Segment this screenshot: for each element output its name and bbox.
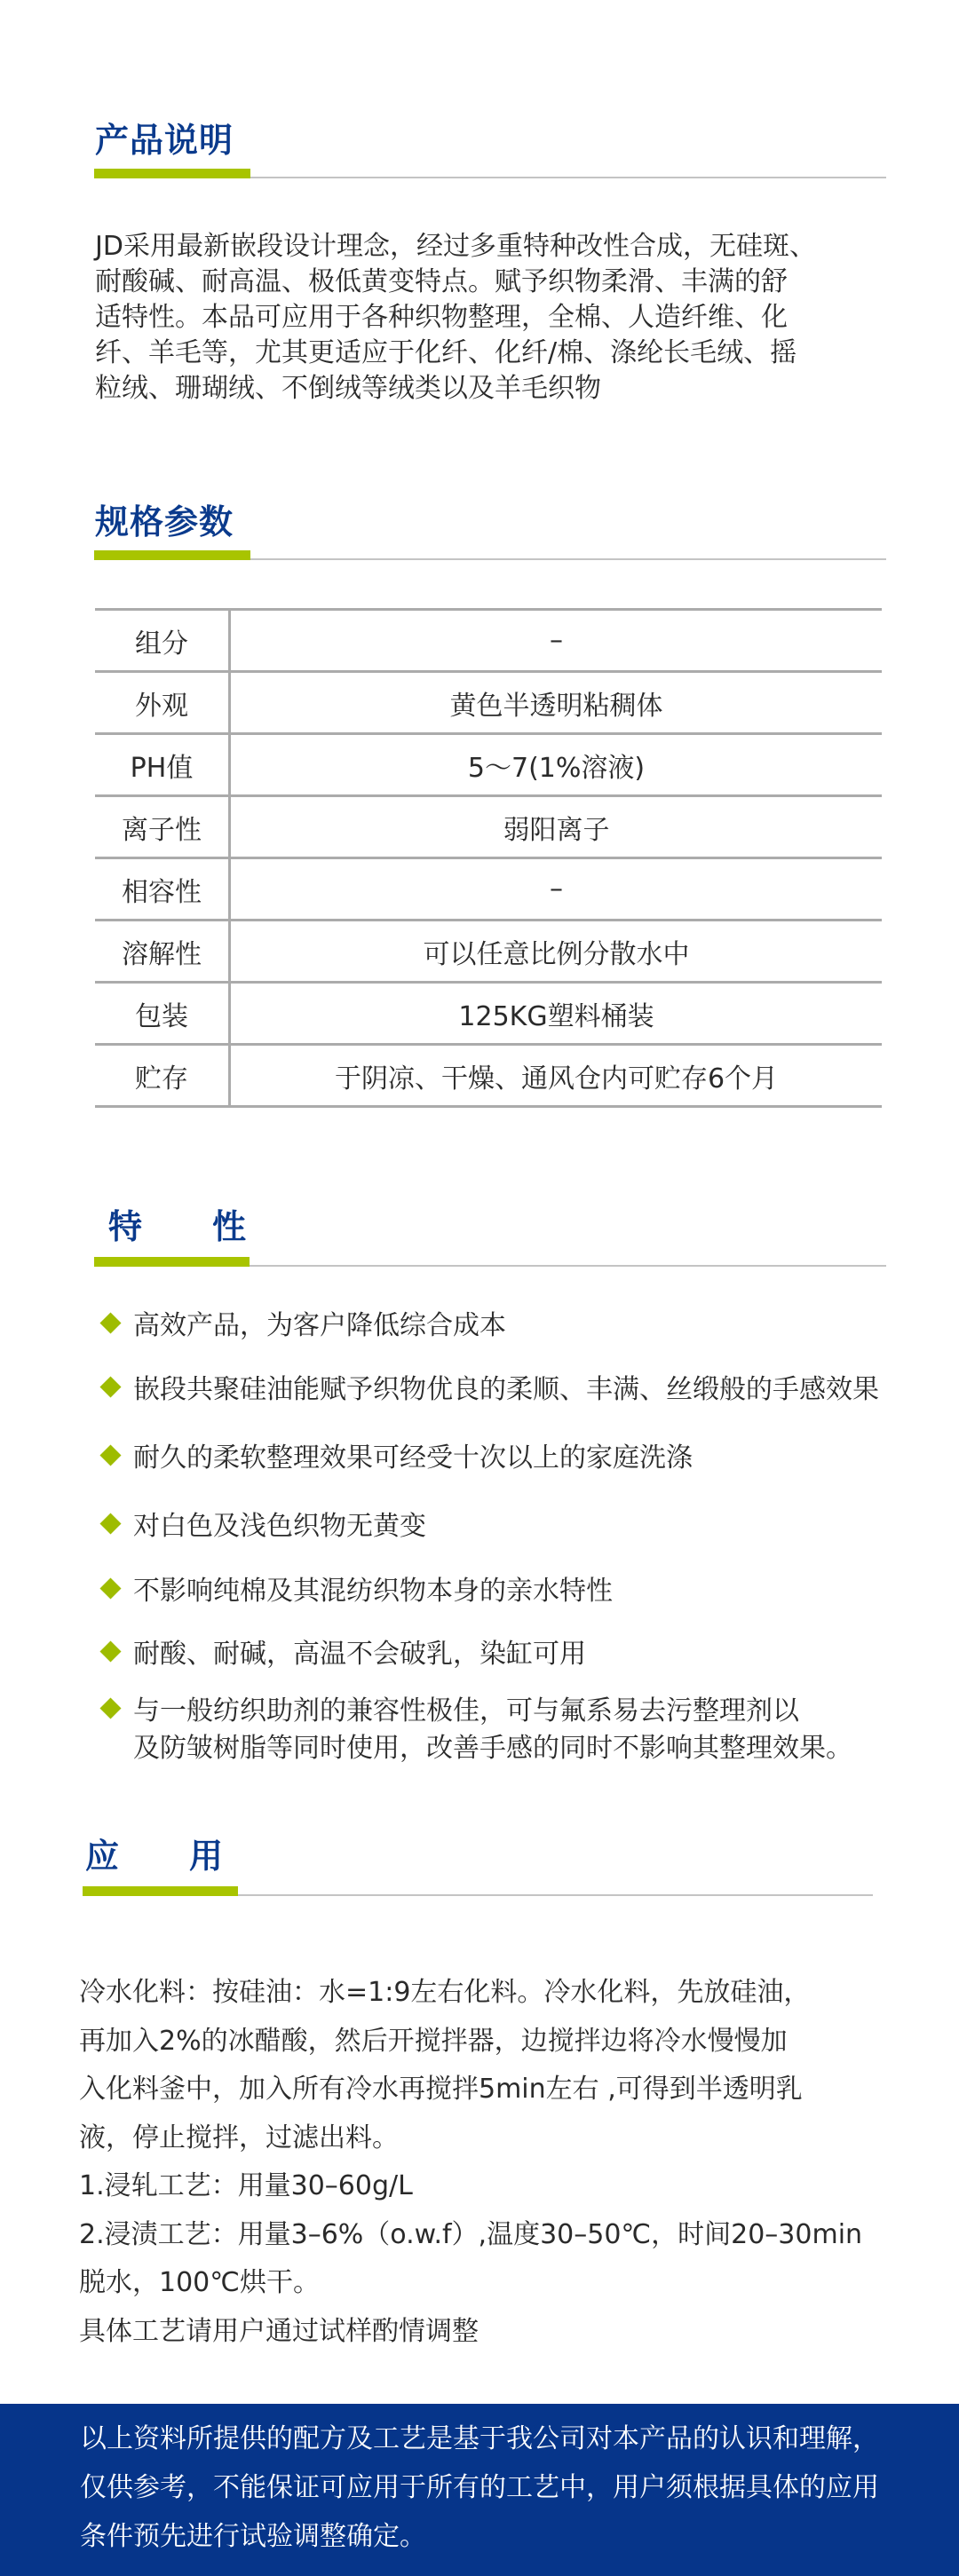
diamond-bullet-icon	[99, 1640, 121, 1662]
spec-value: 弱阳离子	[231, 797, 882, 857]
diamond-bullet-icon	[99, 1376, 121, 1397]
application-line: 液，停止搅拌，过滤出料。	[79, 2114, 862, 2163]
spec-label: 外观	[95, 673, 231, 732]
diamond-bullet-icon	[99, 1577, 121, 1599]
spec-value: 黄色半透明粘稠体	[231, 673, 882, 732]
application-line: 2.浸渍工艺：用量3–6%（o.w.f）,温度30–50℃，时间20–30min	[79, 2211, 862, 2260]
application-line: 1.浸轧工艺：用量30–60g/L	[79, 2162, 862, 2211]
table-row: 组分 –	[95, 611, 882, 673]
spec-label: 离子性	[95, 797, 231, 857]
table-row: 相容性 –	[95, 859, 882, 921]
disclaimer-line: 条件预先进行试验调整确定。	[80, 2512, 879, 2561]
description-line: 适特性。本品可应用于各种织物整理，全棉、人造纤维、化	[95, 300, 894, 336]
spec-value: –	[231, 859, 882, 919]
disclaimer-line: 仅供参考，不能保证可应用于所有的工艺中，用户须根据具体的应用	[80, 2463, 879, 2512]
application-line: 具体工艺请用户通过试样酌情调整	[79, 2308, 862, 2357]
diamond-bullet-icon	[99, 1697, 121, 1719]
spec-value: 125KG塑料桶装	[231, 984, 882, 1043]
table-row: 外观 黄色半透明粘稠体	[95, 673, 882, 735]
table-row: 离子性 弱阳离子	[95, 797, 882, 859]
section-divider	[238, 1894, 873, 1896]
feature-text: 不影响纯棉及其混纺织物本身的亲水特性	[133, 1573, 613, 1610]
feature-text: 及防皱树脂等同时使用，改善手感的同时不影响其整理效果。	[133, 1730, 852, 1767]
table-row: PH值 5～7(1%溶液)	[95, 735, 882, 797]
application-line: 入化料釜中，加入所有冷水再搅拌5min左右 ,可得到半透明乳	[79, 2066, 862, 2114]
diamond-bullet-icon	[99, 1312, 121, 1333]
diamond-bullet-icon	[99, 1513, 121, 1534]
application-line: 冷水化料：按硅油：水=1:9左右化料。冷水化料，先放硅油，	[79, 1969, 862, 2018]
diamond-bullet-icon	[99, 1444, 121, 1466]
description-line: 耐酸碱、耐高温、极低黄变特点。赋予织物柔滑、丰满的舒	[95, 265, 894, 300]
feature-text: 高效产品，为客户降低综合成本	[133, 1308, 506, 1345]
description-paragraph: JD采用最新嵌段设计理念，经过多重特种改性合成，无硅斑、 耐酸碱、耐高温、极低黄…	[95, 229, 894, 407]
feature-text: 与一般纺织助剂的兼容性极佳，可与氟系易去污整理剂以	[133, 1693, 799, 1730]
table-row: 溶解性 可以任意比例分散水中	[95, 921, 882, 984]
section-accent-bar	[94, 169, 250, 178]
application-line: 脱水，100℃烘干。	[79, 2259, 862, 2308]
footer-disclaimer: 以上资料所提供的配方及工艺是基于我公司对本产品的认识和理解， 仅供参考，不能保证…	[0, 2404, 959, 2576]
spec-label: 组分	[95, 611, 231, 670]
feature-text: 对白色及浅色织物无黄变	[133, 1508, 426, 1545]
application-line: 再加入2%的冰醋酸，然后开搅拌器，边搅拌边将冷水慢慢加	[79, 2018, 862, 2066]
section-divider	[250, 177, 886, 178]
spec-table: 组分 – 外观 黄色半透明粘稠体 PH值 5～7(1%溶液) 离子性 弱阳离子 …	[95, 608, 882, 1108]
disclaimer-line: 以上资料所提供的配方及工艺是基于我公司对本产品的认识和理解，	[80, 2414, 879, 2463]
section-accent-bar	[83, 1886, 238, 1896]
spec-label: 相容性	[95, 859, 231, 919]
feature-text: 耐酸、耐碱，高温不会破乳，染缸可用	[133, 1636, 586, 1673]
table-row: 包装 125KG塑料桶装	[95, 984, 882, 1046]
spec-value: 可以任意比例分散水中	[231, 921, 882, 981]
spec-value: 5～7(1%溶液)	[231, 735, 882, 794]
section-accent-bar	[94, 550, 250, 560]
section-title-description: 产品说明	[95, 122, 234, 158]
section-title-specs: 规格参数	[95, 504, 234, 540]
section-divider	[250, 1265, 886, 1267]
spec-label: 贮存	[95, 1046, 231, 1105]
description-line: 纤、羊毛等，尤其更适应于化纤、化纤/棉、涤纶长毛绒、摇	[95, 336, 894, 371]
section-accent-bar	[94, 1257, 250, 1267]
spec-label: 溶解性	[95, 921, 231, 981]
section-title-application: 应 用	[85, 1838, 224, 1874]
spec-value: 于阴凉、干燥、通风仓内可贮存6个月	[231, 1046, 882, 1105]
application-paragraph: 冷水化料：按硅油：水=1:9左右化料。冷水化料，先放硅油， 再加入2%的冰醋酸，…	[79, 1969, 862, 2356]
spec-value: –	[231, 611, 882, 670]
table-row: 贮存 于阴凉、干燥、通风仓内可贮存6个月	[95, 1046, 882, 1108]
spec-label: PH值	[95, 735, 231, 794]
spec-label: 包装	[95, 984, 231, 1043]
feature-text: 耐久的柔软整理效果可经受十次以上的家庭洗涤	[133, 1440, 693, 1477]
feature-text: 嵌段共聚硅油能赋予织物优良的柔顺、丰满、丝缎般的手感效果	[133, 1371, 879, 1409]
section-divider	[250, 558, 886, 560]
section-title-features: 特 性	[108, 1209, 247, 1245]
description-line: JD采用最新嵌段设计理念，经过多重特种改性合成，无硅斑、	[95, 229, 894, 265]
disclaimer-text: 以上资料所提供的配方及工艺是基于我公司对本产品的认识和理解， 仅供参考，不能保证…	[80, 2414, 879, 2561]
description-line: 粒绒、珊瑚绒、不倒绒等绒类以及羊毛织物	[95, 371, 894, 407]
